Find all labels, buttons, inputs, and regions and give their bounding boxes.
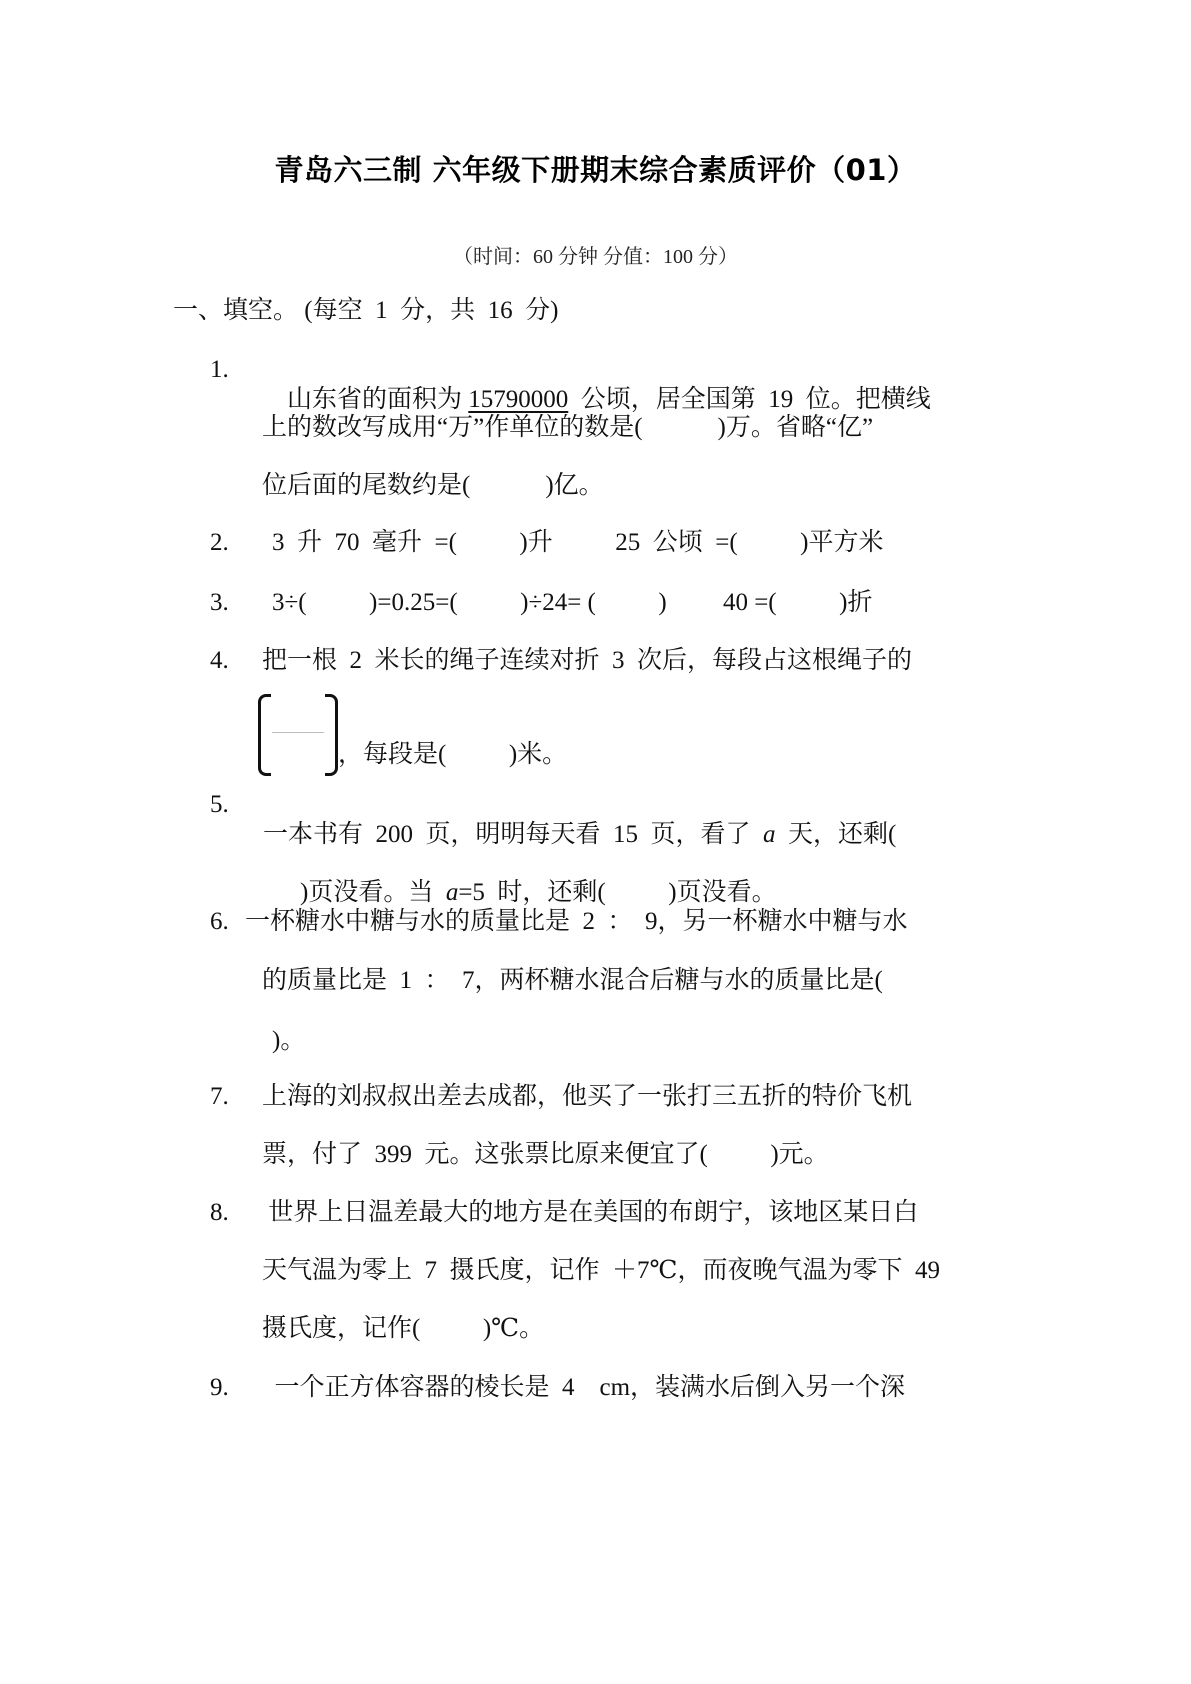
question-3-line-1: 3÷( )=0.25=( )÷24= ( ) 40 =( )折	[272, 588, 872, 618]
variable: a	[763, 821, 776, 848]
exam-info: （时间：60 分钟 分值：100 分）	[0, 240, 1191, 269]
question-6-line-2: 的质量比是 1 ： 7，两杯糖水混合后糖与水的质量比是(	[262, 966, 883, 996]
question-number: 8.	[210, 1198, 229, 1228]
question-6-line-3: )。	[272, 1026, 305, 1056]
question-number: 4.	[210, 646, 229, 676]
question-number: 1.	[210, 355, 229, 385]
question-8-line-1: 世界上日温差最大的地方是在美国的布朗宁，该地区某日白	[262, 1198, 918, 1228]
question-number: 9.	[210, 1373, 229, 1403]
fraction-bar	[272, 732, 324, 733]
page-title: 青岛六三制 六年级下册期末综合素质评价（01）	[0, 148, 1191, 189]
underlined-number: 15790000	[468, 386, 568, 413]
text: )页没看。当	[300, 879, 446, 906]
variable: a	[446, 879, 459, 906]
question-number: 5.	[210, 790, 229, 820]
fraction-blank	[258, 694, 338, 772]
left-bracket-icon	[258, 694, 271, 776]
text: 公顷，居全国第 19 位。把横线	[568, 386, 931, 413]
question-8-line-3: 摄氏度，记作( )℃。	[262, 1314, 544, 1344]
right-bracket-icon	[325, 694, 338, 776]
section-heading: 一、填空。 (每空 1 分，共 16 分)	[173, 296, 558, 326]
text: 一本书有 200 页，明明每天看 15 页，看了	[263, 821, 763, 848]
question-2-line-1: 3 升 70 毫升 =( )升 25 公顷 =( )平方米	[272, 528, 884, 558]
question-4-line-1: 把一根 2 米长的绳子连续对折 3 次后，每段占这根绳子的	[262, 646, 912, 676]
text: =5 时，还剩( )页没看。	[458, 879, 776, 906]
question-number: 2.	[210, 528, 229, 558]
question-number: 6.	[210, 907, 229, 937]
question-6-line-1: 一杯糖水中糖与水的质量比是 2 ： 9，另一杯糖水中糖与水	[245, 907, 908, 937]
question-1-line-2: 上的数改写成用“万”作单位的数是( )万。省略“亿”	[262, 413, 873, 443]
text: 山东省的面积为	[287, 386, 468, 413]
question-8-line-2: 天气温为零上 7 摄氏度，记作 ＋7℃，而夜晚气温为零下 49	[262, 1256, 940, 1286]
text: 天，还剩(	[776, 821, 897, 848]
question-7-line-1: 上海的刘叔叔出差去成都，他买了一张打三五折的特价飞机	[262, 1082, 912, 1112]
question-7-line-2: 票，付了 399 元。这张票比原来便宜了( )元。	[262, 1140, 829, 1170]
question-1-line-3: 位后面的尾数约是( )亿。	[262, 471, 604, 501]
question-4-line-2: ，每段是( )米。	[338, 740, 567, 770]
question-number: 3.	[210, 588, 229, 618]
question-9-line-1: 一个正方体容器的棱长是 4 cm，装满水后倒入另一个深	[262, 1373, 905, 1403]
question-number: 7.	[210, 1082, 229, 1112]
